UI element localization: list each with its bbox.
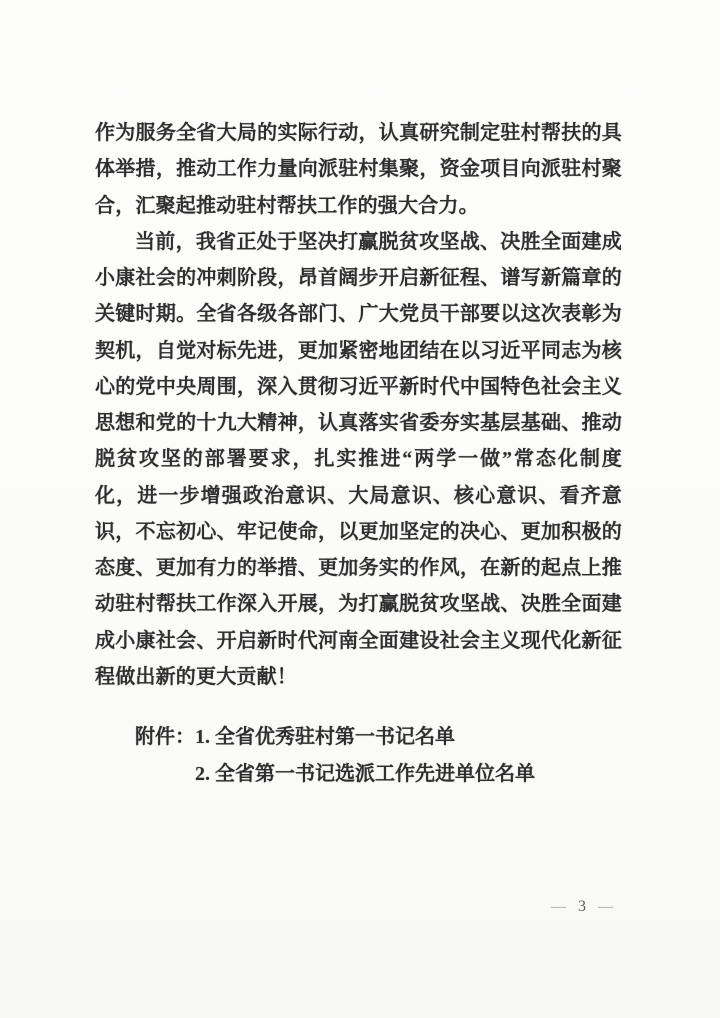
text-line: 小康社会的冲刺阶段，昂首阔步开启新征程、谱写新篇章的 [95, 260, 622, 296]
footer-dash-left: — [551, 900, 566, 915]
text-line: 动驻村帮扶工作深入开展，为打赢脱贫攻坚战、决胜全面建 [95, 586, 622, 622]
attachment-item: 2. 全省第一书记选派工作先进单位名单 [195, 756, 535, 793]
text-line: 关键时期。全省各级各部门、广大党员干部要以这次表彰为 [95, 296, 622, 332]
attachment-item: 1. 全省优秀驻村第一书记名单 [195, 719, 535, 756]
text-line: 当前，我省正处于坚决打赢脱贫攻坚战、决胜全面建成 [95, 224, 622, 260]
footer-dash-right: — [598, 900, 613, 915]
paragraph-1: 作为服务全省大局的实际行动，认真研究制定驻村帮扶的具体举措，推动工作力量向派驻村… [95, 115, 622, 224]
text-line: 程做出新的更大贡献！ [95, 659, 622, 695]
text-line: 思想和党的十九大精神，认真落实省委夯实基层基础、推动 [95, 405, 622, 441]
page-number: 3 [578, 899, 586, 915]
text-line: 化，进一步增强政治意识、大局意识、核心意识、看齐意 [95, 478, 622, 514]
page-footer: — 3 — [551, 899, 613, 915]
text-line: 作为服务全省大局的实际行动，认真研究制定驻村帮扶的具 [95, 115, 622, 151]
text-line: 态度、更加有力的举措、更加务实的作风，在新的起点上推 [95, 550, 622, 586]
text-line: 契机，自觉对标先进，更加紧密地团结在以习近平同志为核 [95, 333, 622, 369]
text-line: 成小康社会、开启新时代河南全面建设社会主义现代化新征 [95, 623, 622, 659]
text-line: 脱贫攻坚的部署要求，扎实推进“两学一做”常态化制度 [95, 441, 622, 477]
text-line: 识，不忘初心、牢记使命，以更加坚定的决心、更加积极的 [95, 514, 622, 550]
attachments-list: 1. 全省优秀驻村第一书记名单2. 全省第一书记选派工作先进单位名单 [195, 719, 535, 792]
paragraph-2: 当前，我省正处于坚决打赢脱贫攻坚战、决胜全面建成小康社会的冲刺阶段，昂首阔步开启… [95, 224, 622, 695]
text-line: 体举措，推动工作力量向派驻村集聚，资金项目向派驻村聚 [95, 151, 622, 187]
attachments-label: 附件： [135, 719, 195, 756]
text-line: 合，汇聚起推动驻村帮扶工作的强大合力。 [95, 188, 622, 224]
text-line: 心的党中央周围，深入贯彻习近平新时代中国特色社会主义 [95, 369, 622, 405]
attachments-block: 附件： 1. 全省优秀驻村第一书记名单2. 全省第一书记选派工作先进单位名单 [135, 719, 535, 792]
document-body: 作为服务全省大局的实际行动，认真研究制定驻村帮扶的具体举措，推动工作力量向派驻村… [95, 115, 622, 695]
document-page: 作为服务全省大局的实际行动，认真研究制定驻村帮扶的具体举措，推动工作力量向派驻村… [0, 0, 720, 1018]
